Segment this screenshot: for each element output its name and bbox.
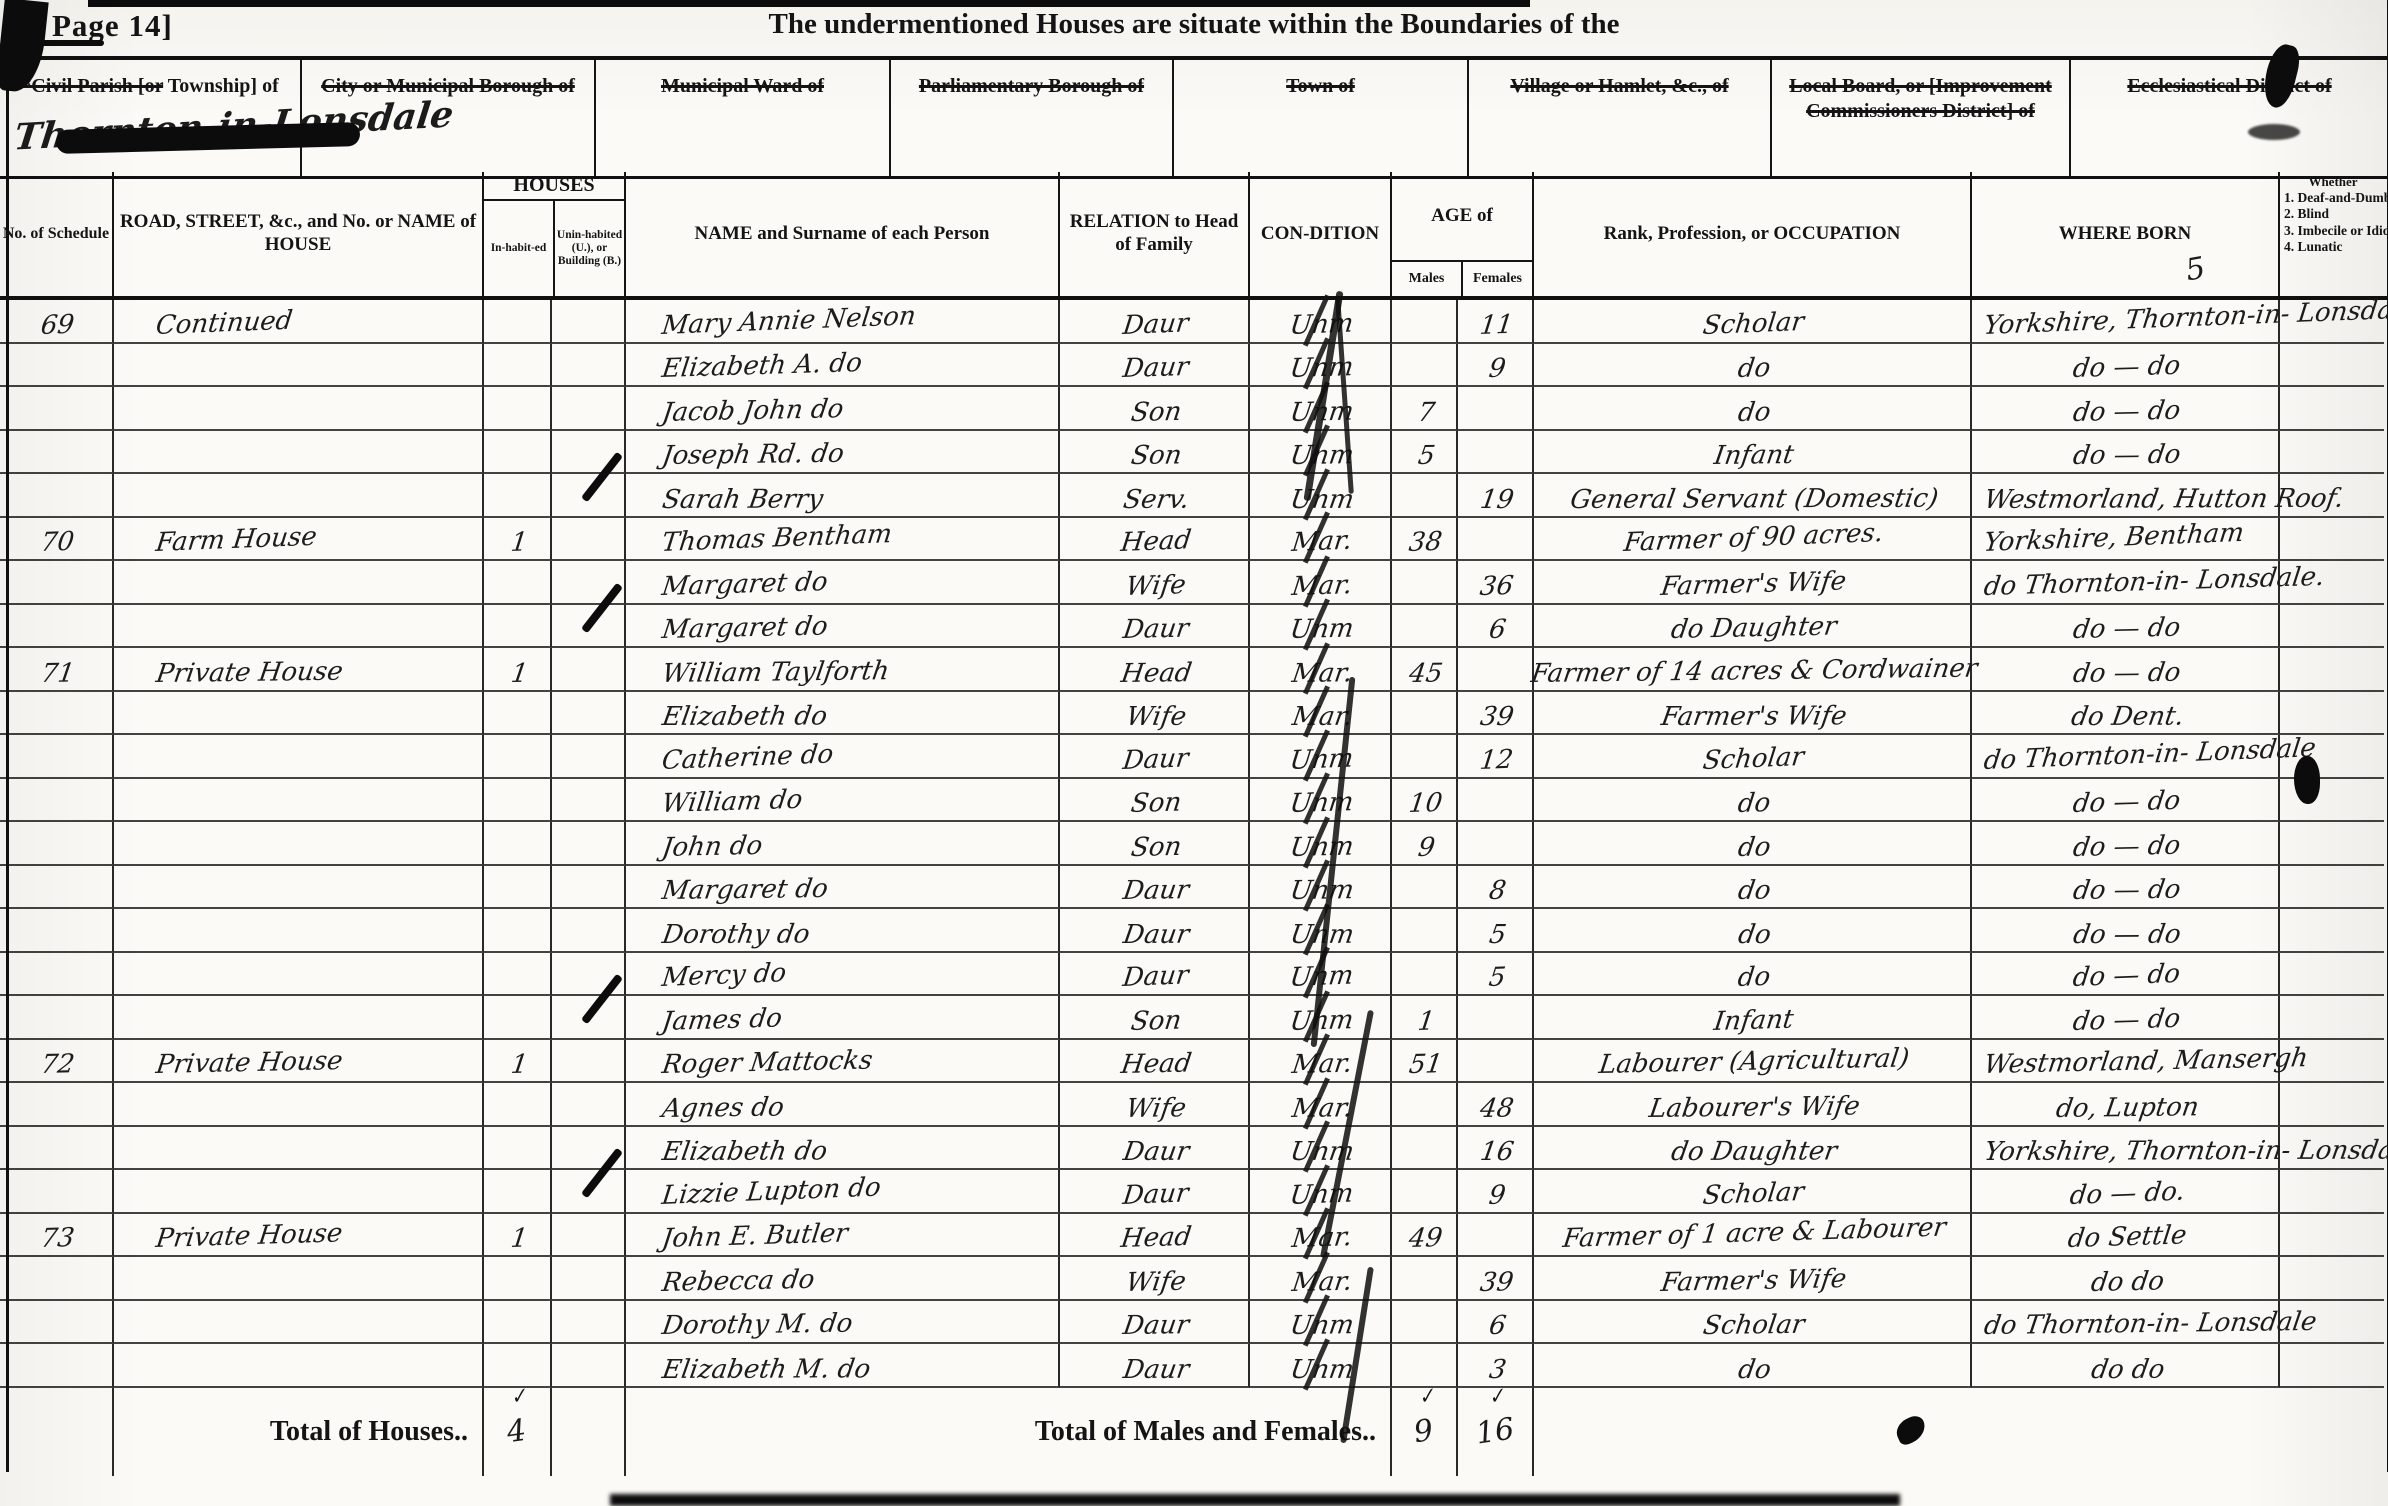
table-row: William do Son Unm 10 do do — do (0, 779, 2388, 823)
table-body: 69 Continued Mary Annie Nelson Daur Unm … (0, 300, 2388, 1388)
boundary-cell-town: Town of (1174, 60, 1469, 176)
struck-label: Village or Hamlet, &c., of (1510, 75, 1728, 97)
table-row: James do Son Unm 1 Infant do — do (0, 996, 2388, 1040)
cell-condition: Unm (1250, 822, 1392, 866)
cell-age-male (1392, 1083, 1458, 1127)
cell-road-house (114, 866, 484, 910)
cell-road-house (114, 909, 484, 953)
cell-whether-disability (2280, 561, 2384, 605)
cell-inhabited (484, 1344, 552, 1388)
column-label: WHERE BORN (2059, 223, 2192, 246)
cell-condition: Unm (1250, 431, 1392, 475)
cell-age-female: 9 (1458, 344, 1534, 388)
cell-age-female: 39 (1458, 692, 1534, 736)
cell-occupation: Farmer of 90 acres. (1534, 518, 1972, 562)
cell-age-female (1458, 822, 1534, 866)
cell-uninhabited (552, 300, 626, 344)
cell-where-born: Yorkshire, Bentham (1972, 518, 2280, 562)
cell-age-female: 3 (1458, 1344, 1534, 1388)
cell-condition: Mar. (1250, 648, 1392, 692)
cell-inhabited (484, 1170, 552, 1214)
cell-uninhabited (552, 909, 626, 953)
cell-inhabited (484, 866, 552, 910)
cell-age-female (1458, 518, 1534, 562)
cell-schedule-number (0, 996, 114, 1040)
cell-relation: Daur (1060, 1301, 1250, 1345)
boundary-cell-local-board: Local Board, or [Improvement Commissione… (1772, 60, 2071, 176)
cell-age-female (1458, 779, 1534, 823)
cell-inhabited: 1 (484, 1040, 552, 1084)
cell-whether-disability (2280, 1344, 2384, 1388)
cell-where-born: do — do (1972, 996, 2280, 1040)
cell-schedule-number (0, 692, 114, 736)
cell-whether-disability (2280, 474, 2384, 518)
cell-occupation: do (1534, 387, 1972, 431)
cell-road-house (114, 692, 484, 736)
column-header-schedule: No. of Schedule (0, 172, 114, 296)
cell-inhabited (484, 779, 552, 823)
cell-age-female: 12 (1458, 735, 1534, 779)
cell-whether-disability (2280, 1301, 2384, 1345)
cell-where-born: do Thornton-in- Lonsdale (1972, 1301, 2280, 1345)
whether-item: 3. Imbecile or Idiot (2284, 223, 2388, 239)
kept-label: Township] of (163, 75, 279, 97)
cell-age-male (1392, 866, 1458, 910)
cell-road-house: Farm House (114, 518, 484, 562)
cell-age-female: 11 (1458, 300, 1534, 344)
cell-condition: Unm (1250, 1127, 1392, 1171)
cell-age-female: 9 (1458, 1170, 1534, 1214)
cell-age-female: 36 (1458, 561, 1534, 605)
struck-label: *Civil Parish [or (21, 75, 163, 97)
cell-where-born: do Dent. (1972, 692, 2280, 736)
column-label: AGE of (1431, 172, 1493, 260)
table-row: Elizabeth do Daur Unm 16 do Daughter Yor… (0, 1127, 2388, 1171)
column-header-males: Males (1392, 262, 1463, 296)
table-row: Lizzie Lupton do Daur Unm 9 Scholar do —… (0, 1170, 2388, 1214)
boundary-cell-city-borough: City or Municipal Borough of (302, 60, 596, 176)
cell-age-female (1458, 1040, 1534, 1084)
cell-relation: Son (1060, 822, 1250, 866)
cell-relation: Daur (1060, 1127, 1250, 1171)
cell-where-born: do — do. (1972, 1170, 2280, 1214)
column-header-name: NAME and Surname of each Person (626, 172, 1060, 296)
cell-road-house (114, 474, 484, 518)
cell-inhabited: 1 (484, 518, 552, 562)
cell-road-house (114, 953, 484, 997)
cell-age-female: 39 (1458, 1257, 1534, 1301)
cell-whether-disability (2280, 431, 2384, 475)
column-header-age: AGE of Males Females (1392, 172, 1534, 296)
cell-whether-disability (2280, 866, 2384, 910)
cell-schedule-number (0, 431, 114, 475)
column-header-inhabited: In-habit-ed (484, 201, 555, 296)
cell-where-born: do — do (1972, 605, 2280, 649)
cell-age-female (1458, 996, 1534, 1040)
cell-condition: Unm (1250, 300, 1392, 344)
cell-road-house (114, 1257, 484, 1301)
cell-relation: Son (1060, 779, 1250, 823)
cell-inhabited (484, 474, 552, 518)
cell-inhabited (484, 300, 552, 344)
cell-name: John do (626, 822, 1060, 866)
cell-uninhabited (552, 518, 626, 562)
cell-inhabited (484, 909, 552, 953)
column-header-relation: RELATION to Head of Family (1060, 172, 1250, 296)
cell-relation: Daur (1060, 909, 1250, 953)
cell-relation: Daur (1060, 866, 1250, 910)
cell-age-female: 16 (1458, 1127, 1534, 1171)
totals-spacer (552, 1388, 626, 1476)
whether-item: 2. Blind (2284, 206, 2329, 222)
cell-occupation: Scholar (1534, 1301, 1972, 1345)
total-females-value: ✓ 16 (1458, 1388, 1534, 1476)
cell-where-born: Westmorland, Hutton Roof. (1972, 474, 2280, 518)
cell-name: Mercy do (626, 953, 1060, 997)
cell-occupation: Scholar (1534, 300, 1972, 344)
cell-condition: Unm (1250, 1301, 1392, 1345)
cell-occupation: do (1534, 344, 1972, 388)
cell-name: Margaret do (626, 605, 1060, 649)
cell-whether-disability (2280, 1083, 2384, 1127)
cell-occupation: Scholar (1534, 735, 1972, 779)
table-row: Rebecca do Wife Mar. 39 Farmer's Wife do… (0, 1257, 2388, 1301)
cell-occupation: do Daughter (1534, 1127, 1972, 1171)
table-row: Agnes do Wife Mar. 48 Labourer's Wife do… (0, 1083, 2388, 1127)
column-header-houses: HOUSES In-habit-ed Unin-habited (U.), or… (484, 172, 626, 296)
cell-schedule-number (0, 953, 114, 997)
cell-road-house (114, 1083, 484, 1127)
column-header-row: No. of Schedule ROAD, STREET, &c., and N… (0, 172, 2388, 300)
table-row: 73 Private House 1 John E. Butler Head M… (0, 1214, 2388, 1258)
cell-where-born: Yorkshire, Thornton-in- Lonsdale (1972, 1127, 2280, 1171)
cell-inhabited: 1 (484, 1214, 552, 1258)
cell-age-male: 5 (1392, 431, 1458, 475)
cell-name: William do (626, 779, 1060, 823)
cell-whether-disability (2280, 1127, 2384, 1171)
boundary-header-band: *Civil Parish [or Township] of Thornton-… (0, 56, 2388, 179)
cell-where-born: do — do (1972, 648, 2280, 692)
column-header-females: Females (1463, 262, 1532, 296)
struck-label: Local Board, or [Improvement Commissione… (1789, 75, 2052, 122)
cell-schedule-number: 71 (0, 648, 114, 692)
cell-whether-disability (2280, 605, 2384, 649)
cell-relation: Son (1060, 387, 1250, 431)
cell-where-born: do — do (1972, 909, 2280, 953)
cell-schedule-number: 70 (0, 518, 114, 562)
cell-schedule-number (0, 561, 114, 605)
cell-uninhabited (552, 779, 626, 823)
cell-inhabited (484, 996, 552, 1040)
cell-condition: Mar. (1250, 1040, 1392, 1084)
table-row: 69 Continued Mary Annie Nelson Daur Unm … (0, 300, 2388, 344)
cell-age-male: 10 (1392, 779, 1458, 823)
cell-relation: Daur (1060, 300, 1250, 344)
cell-where-born: do Settle (1972, 1214, 2280, 1258)
cell-age-male: 7 (1392, 387, 1458, 431)
total-houses-value: ✓ 4 (484, 1388, 552, 1476)
cell-inhabited (484, 822, 552, 866)
cell-occupation: do (1534, 1344, 1972, 1388)
cell-uninhabited (552, 692, 626, 736)
cell-road-house (114, 1170, 484, 1214)
cell-road-house (114, 561, 484, 605)
cell-uninhabited (552, 1257, 626, 1301)
cell-age-male (1392, 300, 1458, 344)
cell-where-born: do — do (1972, 822, 2280, 866)
column-header-road: ROAD, STREET, &c., and No. or NAME of HO… (114, 172, 484, 296)
cell-relation: Wife (1060, 561, 1250, 605)
table-row: Joseph Rd. do Son Unm 5 Infant do — do (0, 431, 2388, 475)
cell-age-female: 6 (1458, 605, 1534, 649)
cell-occupation: Farmer's Wife (1534, 561, 1972, 605)
cell-whether-disability (2280, 1170, 2384, 1214)
cell-relation: Head (1060, 1214, 1250, 1258)
cell-condition: Unm (1250, 605, 1392, 649)
cell-occupation: Scholar (1534, 1170, 1972, 1214)
total-houses-label: Total of Houses.. (114, 1388, 484, 1476)
cell-age-female: 5 (1458, 953, 1534, 997)
cell-age-male (1392, 344, 1458, 388)
column-label: Rank, Profession, or OCCUPATION (1604, 223, 1901, 246)
cell-relation: Daur (1060, 344, 1250, 388)
cell-inhabited (484, 735, 552, 779)
cell-whether-disability (2280, 822, 2384, 866)
cell-inhabited (484, 1127, 552, 1171)
cell-name: James do (626, 996, 1060, 1040)
total-males-value: ✓ 9 (1392, 1388, 1458, 1476)
cell-whether-disability (2280, 996, 2384, 1040)
cell-schedule-number: 69 (0, 300, 114, 344)
cell-whether-disability (2280, 1040, 2384, 1084)
cell-uninhabited (552, 387, 626, 431)
whether-item: 4. Lunatic (2284, 239, 2343, 255)
cell-road-house: Private House (114, 1040, 484, 1084)
column-label: ROAD, STREET, &c., and No. or NAME of HO… (116, 211, 480, 257)
cell-occupation: Farmer's Wife (1534, 1257, 1972, 1301)
column-label: NAME and Surname of each Person (694, 223, 989, 246)
cell-age-female: 19 (1458, 474, 1534, 518)
ink-blot-where-born (2294, 756, 2320, 804)
cell-age-female: 8 (1458, 866, 1534, 910)
cell-age-male (1392, 1127, 1458, 1171)
column-label: RELATION to Head of Family (1062, 211, 1246, 257)
table-row: 71 Private House 1 William Taylforth Hea… (0, 648, 2388, 692)
struck-label: Town of (1286, 75, 1355, 97)
cell-relation: Wife (1060, 1257, 1250, 1301)
cell-uninhabited (552, 1083, 626, 1127)
cell-age-male (1392, 1170, 1458, 1214)
cell-relation: Daur (1060, 605, 1250, 649)
cell-age-male (1392, 909, 1458, 953)
table-row: Dorothy do Daur Unm 5 do do — do (0, 909, 2388, 953)
cell-name: Lizzie Lupton do (626, 1170, 1060, 1214)
cell-name: Roger Mattocks (626, 1040, 1060, 1084)
table-row: Catherine do Daur Unm 12 Scholar do Thor… (0, 735, 2388, 779)
cell-age-male (1392, 692, 1458, 736)
cell-schedule-number: 73 (0, 1214, 114, 1258)
cell-name: Thomas Bentham (626, 518, 1060, 562)
cell-age-male: 9 (1392, 822, 1458, 866)
table-row: Elizabeth A. do Daur Unm 9 do do — do (0, 344, 2388, 388)
cell-name: John E. Butler (626, 1214, 1060, 1258)
scan-artifact-top-strip (88, 0, 1530, 7)
cell-name: Margaret do (626, 866, 1060, 910)
cell-condition: Mar. (1250, 1083, 1392, 1127)
masthead: Page 14] The undermentioned Houses are s… (0, 0, 2388, 56)
cell-road-house (114, 996, 484, 1040)
cell-whether-disability (2280, 909, 2384, 953)
cell-relation: Head (1060, 518, 1250, 562)
cell-where-born: Yorkshire, Thornton-in- Lonsdale (1972, 300, 2280, 344)
cell-name: Rebecca do (626, 1257, 1060, 1301)
cell-age-male: 49 (1392, 1214, 1458, 1258)
boundary-cell-parliamentary-borough: Parliamentary Borough of (891, 60, 1174, 176)
cell-inhabited (484, 1301, 552, 1345)
cell-name: William Taylforth (626, 648, 1060, 692)
cell-uninhabited (552, 344, 626, 388)
cell-name: Dorothy M. do (626, 1301, 1060, 1345)
cell-schedule-number (0, 1344, 114, 1388)
cell-where-born: do — do (1972, 344, 2280, 388)
cell-schedule-number (0, 474, 114, 518)
cell-schedule-number (0, 735, 114, 779)
cell-inhabited (484, 344, 552, 388)
cell-condition: Mar. (1250, 518, 1392, 562)
cell-road-house (114, 779, 484, 823)
cell-inhabited (484, 387, 552, 431)
cell-road-house: Continued (114, 300, 484, 344)
cell-uninhabited (552, 1301, 626, 1345)
table-row: Jacob John do Son Unm 7 do do — do (0, 387, 2388, 431)
table-row: Margaret do Wife Mar. 36 Farmer's Wife d… (0, 561, 2388, 605)
cell-condition: Mar. (1250, 692, 1392, 736)
cell-relation: Daur (1060, 735, 1250, 779)
cell-age-male (1392, 605, 1458, 649)
table-row: 72 Private House 1 Roger Mattocks Head M… (0, 1040, 2388, 1084)
cell-name: Elizabeth M. do (626, 1344, 1060, 1388)
cell-name: Agnes do (626, 1083, 1060, 1127)
cell-inhabited (484, 953, 552, 997)
totals-row: Total of Houses.. ✓ 4 Total of Males and… (0, 1388, 2388, 1476)
cell-where-born: do, Lupton (1972, 1083, 2280, 1127)
cell-relation: Daur (1060, 953, 1250, 997)
cell-whether-disability (2280, 1214, 2384, 1258)
cell-age-female: 48 (1458, 1083, 1534, 1127)
cell-road-house (114, 431, 484, 475)
cell-occupation: Farmer's Wife (1534, 692, 1972, 736)
cell-road-house (114, 735, 484, 779)
column-header-whether-disability: Whether 1. Deaf-and-Dumb 2. Blind 3. Imb… (2280, 172, 2384, 296)
cell-road-house (114, 1301, 484, 1345)
cell-schedule-number (0, 387, 114, 431)
cell-where-born: do — do (1972, 953, 2280, 997)
struck-label: Municipal Ward of (661, 75, 824, 97)
cell-inhabited (484, 1083, 552, 1127)
struck-label: Parliamentary Borough of (919, 75, 1144, 97)
cell-schedule-number (0, 1301, 114, 1345)
cell-whether-disability (2280, 692, 2384, 736)
cell-schedule-number (0, 779, 114, 823)
struck-label: City or Municipal Borough of (321, 75, 575, 97)
cell-where-born: do — do (1972, 387, 2280, 431)
cell-condition: Unm (1250, 866, 1392, 910)
cell-whether-disability (2280, 300, 2384, 344)
cell-inhabited (484, 431, 552, 475)
cell-road-house (114, 1344, 484, 1388)
cell-relation: Son (1060, 996, 1250, 1040)
cell-road-house: Private House (114, 648, 484, 692)
cell-whether-disability (2280, 648, 2384, 692)
cell-occupation: Labourer's Wife (1534, 1083, 1972, 1127)
column-label: HOUSES (484, 172, 624, 201)
cell-condition: Unm (1250, 344, 1392, 388)
cell-age-male: 45 (1392, 648, 1458, 692)
cell-relation: Daur (1060, 1344, 1250, 1388)
cell-age-female (1458, 1214, 1534, 1258)
cell-road-house (114, 822, 484, 866)
cell-name: Elizabeth do (626, 692, 1060, 736)
table-row: Margaret do Daur Unm 6 do Daughter do — … (0, 605, 2388, 649)
cell-age-female (1458, 648, 1534, 692)
cell-age-female: 6 (1458, 1301, 1534, 1345)
cell-age-male: 1 (1392, 996, 1458, 1040)
cell-schedule-number (0, 605, 114, 649)
cell-occupation: Labourer (Agricultural) (1534, 1040, 1972, 1084)
cell-name: Sarah Berry (626, 474, 1060, 518)
cell-road-house (114, 344, 484, 388)
cell-where-born: do do (1972, 1344, 2280, 1388)
cell-uninhabited (552, 1214, 626, 1258)
cell-occupation: do (1534, 953, 1972, 997)
table-row: John do Son Unm 9 do do — do (0, 822, 2388, 866)
cell-relation: Wife (1060, 1083, 1250, 1127)
cell-inhabited (484, 561, 552, 605)
cell-uninhabited (552, 735, 626, 779)
cell-whether-disability (2280, 1257, 2384, 1301)
cell-where-born: do Thornton-in- Lonsdale (1972, 735, 2280, 779)
table-row: Elizabeth do Wife Mar. 39 Farmer's Wife … (0, 692, 2388, 736)
page-title: The undermentioned Houses are situate wi… (0, 8, 2388, 41)
cell-schedule-number (0, 344, 114, 388)
column-header-occupation: Rank, Profession, or OCCUPATION (1534, 172, 1972, 296)
column-label: Whether (2284, 174, 2382, 190)
cell-name: Margaret do (626, 561, 1060, 605)
cell-occupation: Infant (1534, 996, 1972, 1040)
cell-age-male: 38 (1392, 518, 1458, 562)
cell-whether-disability (2280, 387, 2384, 431)
struck-label: Ecclesiastical District of (2127, 75, 2331, 97)
cell-age-male: 51 (1392, 1040, 1458, 1084)
cell-whether-disability (2280, 518, 2384, 562)
cell-road-house (114, 605, 484, 649)
boundary-cell-ecclesiastical-district: Ecclesiastical District of (2071, 60, 2388, 176)
cell-uninhabited (552, 648, 626, 692)
cell-name: Mary Annie Nelson (626, 300, 1060, 344)
boundary-cell-civil-parish: *Civil Parish [or Township] of Thornton-… (0, 60, 302, 176)
table-row: Elizabeth M. do Daur Unm 3 do do do (0, 1344, 2388, 1388)
cell-relation: Wife (1060, 692, 1250, 736)
cell-where-born: do do (1972, 1257, 2280, 1301)
column-header-uninhabited: Unin-habited (U.), or Building (B.) (555, 201, 624, 296)
cell-schedule-number (0, 1170, 114, 1214)
cell-schedule-number (0, 1257, 114, 1301)
column-header-where-born: WHERE BORN (1972, 172, 2280, 296)
cell-relation: Son (1060, 431, 1250, 475)
cell-schedule-number (0, 822, 114, 866)
cell-schedule-number (0, 1083, 114, 1127)
cell-age-male (1392, 735, 1458, 779)
